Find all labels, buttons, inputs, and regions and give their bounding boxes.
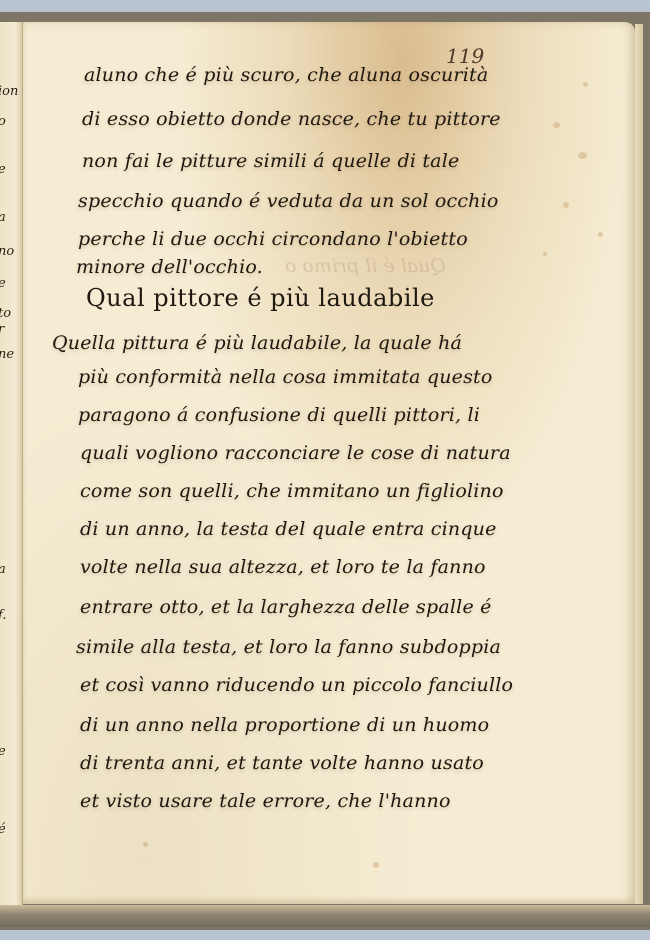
text-line: aluno che é più scuro, che aluna oscurit…	[84, 64, 488, 86]
text-line: perche li due occhi circondano l'obietto	[78, 228, 468, 250]
text-line: come son quelli, che immitano un figliol…	[80, 480, 504, 502]
text-line: et così vanno riducendo un piccolo fanci…	[80, 674, 513, 696]
show-through-text: Qual é il primo o	[285, 255, 446, 277]
text-line: paragono á confusione di quelli pittori,…	[78, 404, 480, 426]
text-line: simile alla testa, et loro la fanno subd…	[76, 636, 501, 658]
text-line: di un anno, la testa del quale entra cin…	[80, 518, 497, 540]
text-line: et visto usare tale errore, che l'hanno	[80, 790, 451, 812]
text-line: Quella pittura é più laudabile, la quale…	[52, 332, 462, 354]
manuscript-text: Qual é il primo o 119 aluno che é più sc…	[0, 0, 650, 940]
section-heading: Qual pittore é più laudabile	[86, 284, 435, 312]
text-line: più conformità nella cosa immitata quest…	[78, 366, 493, 388]
text-line: volte nella sua altezza, et loro te la f…	[80, 556, 486, 578]
text-line: quali vogliono racconciare le cose di na…	[80, 442, 511, 464]
text-line: non fai le pitture simili á quelle di ta…	[82, 150, 459, 172]
text-line: di trenta anni, et tante volte hanno usa…	[80, 752, 484, 774]
text-line: minore dell'occhio.	[76, 256, 263, 278]
text-line: di esso obietto donde nasce, che tu pitt…	[82, 108, 501, 130]
text-line: specchio quando é veduta da un sol occhi…	[78, 190, 499, 212]
text-line: entrare otto, et la larghezza delle spal…	[80, 596, 492, 618]
text-line: di un anno nella proportione di un huomo	[80, 714, 489, 736]
